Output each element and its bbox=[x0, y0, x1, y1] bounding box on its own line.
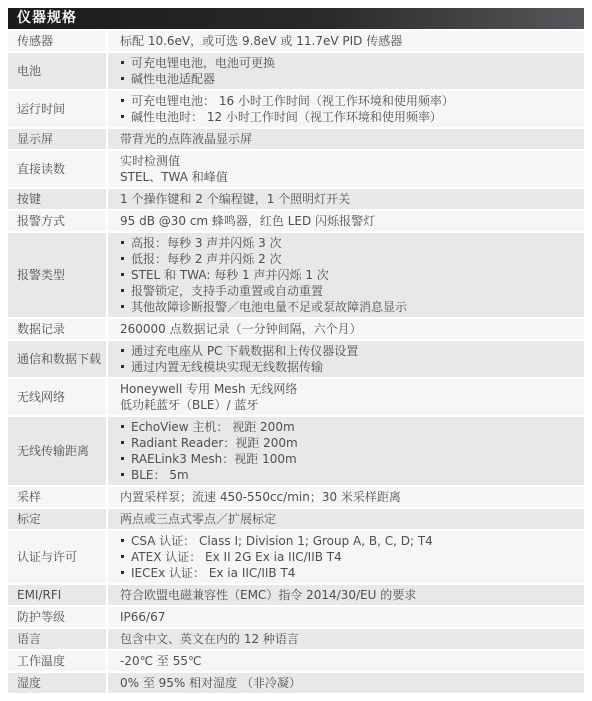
spec-table: 仪器规格 传感器 标配 10.6eV，或可选 9.8eV 或 11.7eV PI… bbox=[8, 8, 584, 693]
spec-value-line: IECEx 认证： Ex ia IIC/IIB T4 bbox=[120, 565, 576, 581]
spec-value: 260000 点数据记录（一分钟间隔，六个月） bbox=[108, 319, 584, 339]
spec-label: 防护等级 bbox=[8, 607, 106, 627]
spec-value-text: BLE： 5m bbox=[131, 468, 189, 482]
spec-value-line: 其他故障诊断报警／电池电量不足或泵故障消息显示 bbox=[120, 299, 576, 315]
spec-value-text: 碱性电池适配器 bbox=[131, 72, 215, 86]
spec-label: 显示屏 bbox=[8, 129, 106, 149]
spec-value-text: 可充电锂电池，电池可更换 bbox=[131, 56, 275, 70]
spec-label: 湿度 bbox=[8, 673, 106, 693]
spec-value-line: CSA 认证： Class I; Division 1; Group A, B,… bbox=[120, 533, 576, 549]
spec-value: 两点或三点式零点／扩展标定 bbox=[108, 509, 584, 529]
table-row: 报警方式 95 dB @30 cm 蜂鸣器，红色 LED 闪烁报警灯 bbox=[8, 211, 584, 231]
spec-value: 包含中文、英文在内的 12 种语言 bbox=[108, 629, 584, 649]
bullet-icon bbox=[121, 99, 124, 102]
table-row: 语言 包含中文、英文在内的 12 种语言 bbox=[8, 629, 584, 649]
spec-value-line: 通过充电座从 PC 下载数据和上传仪器设置 bbox=[120, 343, 576, 359]
spec-value-line: 可充电锂电池，电池可更换 bbox=[120, 55, 576, 71]
spec-value: IP66/67 bbox=[108, 607, 584, 627]
spec-value-text: RAELink3 Mesh：视距 100m bbox=[131, 452, 297, 466]
bullet-icon bbox=[121, 77, 124, 80]
spec-value-line: Radiant Reader：视距 200m bbox=[120, 435, 576, 451]
bullet-icon bbox=[121, 61, 124, 64]
spec-label: 直接读数 bbox=[8, 151, 106, 187]
bullet-icon bbox=[121, 305, 124, 308]
spec-value: 实时检测值STEL、TWA 和峰值 bbox=[108, 151, 584, 187]
spec-value-line: 碱性电池适配器 bbox=[120, 71, 576, 87]
spec-value-line: 1 个操作键和 2 个编程键，1 个照明灯开关 bbox=[120, 191, 576, 207]
spec-table-body: 传感器 标配 10.6eV，或可选 9.8eV 或 11.7eV PID 传感器… bbox=[8, 31, 584, 693]
spec-value-line: 符合欧盟电磁兼容性（EMC）指令 2014/30/EU 的要求 bbox=[120, 587, 576, 603]
spec-value-line: 低功耗蓝牙（BLE）/ 蓝牙 bbox=[120, 397, 576, 413]
spec-value-line: STEL 和 TWA: 每秒 1 声并闪烁 1 次 bbox=[120, 267, 576, 283]
spec-label: 通信和数据下载 bbox=[8, 341, 106, 377]
spec-label: 报警方式 bbox=[8, 211, 106, 231]
spec-label: 传感器 bbox=[8, 31, 106, 51]
table-row: 报警类型 高报：每秒 3 声并闪烁 3 次低报：每秒 2 声并闪烁 2 次STE… bbox=[8, 233, 584, 317]
bullet-icon bbox=[121, 457, 124, 460]
bullet-icon bbox=[121, 473, 124, 476]
spec-value-line: -20℃ 至 55℃ bbox=[120, 653, 576, 669]
table-row: 按键 1 个操作键和 2 个编程键，1 个照明灯开关 bbox=[8, 189, 584, 209]
spec-value-line: 碱性电池时： 12 小时工作时间（视工作环境和使用频率） bbox=[120, 109, 576, 125]
spec-label: 认证与许可 bbox=[8, 531, 106, 583]
spec-label: 工作温度 bbox=[8, 651, 106, 671]
spec-value-line: STEL、TWA 和峰值 bbox=[120, 169, 576, 185]
table-row: 工作温度 -20℃ 至 55℃ bbox=[8, 651, 584, 671]
spec-label: 采样 bbox=[8, 487, 106, 507]
spec-value: 可充电锂电池： 16 小时工作时间（视工作环境和使用频率）碱性电池时： 12 小… bbox=[108, 91, 584, 127]
spec-value: Honeywell 专用 Mesh 无线网络低功耗蓝牙（BLE）/ 蓝牙 bbox=[108, 379, 584, 415]
spec-value-line: IP66/67 bbox=[120, 609, 576, 625]
spec-value-text: EchoView 主机： 视距 200m bbox=[131, 420, 295, 434]
spec-value: EchoView 主机： 视距 200mRadiant Reader：视距 20… bbox=[108, 417, 584, 485]
spec-value-text: 碱性电池时： 12 小时工作时间（视工作环境和使用频率） bbox=[131, 110, 442, 124]
bullet-icon bbox=[121, 425, 124, 428]
spec-value: 符合欧盟电磁兼容性（EMC）指令 2014/30/EU 的要求 bbox=[108, 585, 584, 605]
spec-value-text: 低报：每秒 2 声并闪烁 2 次 bbox=[131, 252, 282, 266]
bullet-icon bbox=[121, 539, 124, 542]
spec-value-line: 低报：每秒 2 声并闪烁 2 次 bbox=[120, 251, 576, 267]
bullet-icon bbox=[121, 555, 124, 558]
table-title: 仪器规格 bbox=[8, 8, 584, 29]
spec-value-line: Honeywell 专用 Mesh 无线网络 bbox=[120, 381, 576, 397]
table-row: 湿度 0% 至 95% 相对湿度 （非冷凝） bbox=[8, 673, 584, 693]
table-row: 采样 内置采样泵；流速 450-550cc/min；30 米采样距离 bbox=[8, 487, 584, 507]
spec-label: 按键 bbox=[8, 189, 106, 209]
spec-label: EMI/RFI bbox=[8, 585, 106, 605]
table-row: 无线传输距离 EchoView 主机： 视距 200mRadiant Reade… bbox=[8, 417, 584, 485]
spec-value-line: 标配 10.6eV，或可选 9.8eV 或 11.7eV PID 传感器 bbox=[120, 33, 576, 49]
spec-sheet-page: 仪器规格 传感器 标配 10.6eV，或可选 9.8eV 或 11.7eV PI… bbox=[0, 0, 592, 701]
spec-value-text: 其他故障诊断报警／电池电量不足或泵故障消息显示 bbox=[131, 300, 407, 314]
spec-value-line: 0% 至 95% 相对湿度 （非冷凝） bbox=[120, 675, 576, 691]
spec-label: 电池 bbox=[8, 53, 106, 89]
spec-value-line: 包含中文、英文在内的 12 种语言 bbox=[120, 631, 576, 647]
spec-value-line: 带背光的点阵液晶显示屏 bbox=[120, 131, 576, 147]
spec-value-text: IECEx 认证： Ex ia IIC/IIB T4 bbox=[131, 566, 295, 580]
bullet-icon bbox=[121, 441, 124, 444]
table-row: 标定 两点或三点式零点／扩展标定 bbox=[8, 509, 584, 529]
spec-value-line: 高报：每秒 3 声并闪烁 3 次 bbox=[120, 235, 576, 251]
spec-value-line: 可充电锂电池： 16 小时工作时间（视工作环境和使用频率） bbox=[120, 93, 576, 109]
spec-value-line: RAELink3 Mesh：视距 100m bbox=[120, 451, 576, 467]
spec-value: 可充电锂电池，电池可更换碱性电池适配器 bbox=[108, 53, 584, 89]
spec-label: 标定 bbox=[8, 509, 106, 529]
spec-value-line: 两点或三点式零点／扩展标定 bbox=[120, 511, 576, 527]
spec-label: 报警类型 bbox=[8, 233, 106, 317]
spec-label: 数据记录 bbox=[8, 319, 106, 339]
spec-value: CSA 认证： Class I; Division 1; Group A, B,… bbox=[108, 531, 584, 583]
table-row: 显示屏 带背光的点阵液晶显示屏 bbox=[8, 129, 584, 149]
bullet-icon bbox=[121, 349, 124, 352]
bullet-icon bbox=[121, 289, 124, 292]
spec-value-text: Radiant Reader：视距 200m bbox=[131, 436, 298, 450]
bullet-icon bbox=[121, 571, 124, 574]
table-row: 运行时间 可充电锂电池： 16 小时工作时间（视工作环境和使用频率）碱性电池时：… bbox=[8, 91, 584, 127]
spec-value: 1 个操作键和 2 个编程键，1 个照明灯开关 bbox=[108, 189, 584, 209]
spec-value-line: 实时检测值 bbox=[120, 153, 576, 169]
bullet-icon bbox=[121, 365, 124, 368]
spec-value-line: BLE： 5m bbox=[120, 467, 576, 483]
spec-value: 0% 至 95% 相对湿度 （非冷凝） bbox=[108, 673, 584, 693]
spec-value-text: 通过内置无线模块实现无线数据传输 bbox=[131, 360, 323, 374]
spec-label: 无线网络 bbox=[8, 379, 106, 415]
table-row: 通信和数据下载 通过充电座从 PC 下载数据和上传仪器设置通过内置无线模块实现无… bbox=[8, 341, 584, 377]
table-row: 认证与许可 CSA 认证： Class I; Division 1; Group… bbox=[8, 531, 584, 583]
spec-value-line: 95 dB @30 cm 蜂鸣器，红色 LED 闪烁报警灯 bbox=[120, 213, 576, 229]
spec-value-line: 260000 点数据记录（一分钟间隔，六个月） bbox=[120, 321, 576, 337]
bullet-icon bbox=[121, 115, 124, 118]
table-row: 防护等级 IP66/67 bbox=[8, 607, 584, 627]
spec-value: -20℃ 至 55℃ bbox=[108, 651, 584, 671]
table-row: EMI/RFI 符合欧盟电磁兼容性（EMC）指令 2014/30/EU 的要求 bbox=[8, 585, 584, 605]
spec-value-text: 通过充电座从 PC 下载数据和上传仪器设置 bbox=[131, 344, 358, 358]
spec-value: 标配 10.6eV，或可选 9.8eV 或 11.7eV PID 传感器 bbox=[108, 31, 584, 51]
spec-value-text: STEL 和 TWA: 每秒 1 声并闪烁 1 次 bbox=[131, 268, 329, 282]
table-row: 数据记录 260000 点数据记录（一分钟间隔，六个月） bbox=[8, 319, 584, 339]
spec-value: 95 dB @30 cm 蜂鸣器，红色 LED 闪烁报警灯 bbox=[108, 211, 584, 231]
table-row: 无线网络 Honeywell 专用 Mesh 无线网络低功耗蓝牙（BLE）/ 蓝… bbox=[8, 379, 584, 415]
spec-value-line: 内置采样泵；流速 450-550cc/min；30 米采样距离 bbox=[120, 489, 576, 505]
spec-label: 语言 bbox=[8, 629, 106, 649]
bullet-icon bbox=[121, 241, 124, 244]
spec-value: 内置采样泵；流速 450-550cc/min；30 米采样距离 bbox=[108, 487, 584, 507]
spec-value: 带背光的点阵液晶显示屏 bbox=[108, 129, 584, 149]
spec-value-line: ATEX 认证： Ex II 2G Ex ia IIC/IIB T4 bbox=[120, 549, 576, 565]
spec-label: 无线传输距离 bbox=[8, 417, 106, 485]
spec-value: 高报：每秒 3 声并闪烁 3 次低报：每秒 2 声并闪烁 2 次STEL 和 T… bbox=[108, 233, 584, 317]
table-row: 直接读数 实时检测值STEL、TWA 和峰值 bbox=[8, 151, 584, 187]
table-row: 传感器 标配 10.6eV，或可选 9.8eV 或 11.7eV PID 传感器 bbox=[8, 31, 584, 51]
table-row: 电池 可充电锂电池，电池可更换碱性电池适配器 bbox=[8, 53, 584, 89]
spec-value-text: 报警锁定，支持手动重置或自动重置 bbox=[131, 284, 323, 298]
spec-value-line: EchoView 主机： 视距 200m bbox=[120, 419, 576, 435]
spec-value: 通过充电座从 PC 下载数据和上传仪器设置通过内置无线模块实现无线数据传输 bbox=[108, 341, 584, 377]
bullet-icon bbox=[121, 273, 124, 276]
spec-label: 运行时间 bbox=[8, 91, 106, 127]
bullet-icon bbox=[121, 257, 124, 260]
spec-value-line: 报警锁定，支持手动重置或自动重置 bbox=[120, 283, 576, 299]
spec-value-text: ATEX 认证： Ex II 2G Ex ia IIC/IIB T4 bbox=[131, 550, 342, 564]
spec-value-text: 高报：每秒 3 声并闪烁 3 次 bbox=[131, 236, 282, 250]
spec-value-text: 可充电锂电池： 16 小时工作时间（视工作环境和使用频率） bbox=[131, 94, 454, 108]
spec-value-text: CSA 认证： Class I; Division 1; Group A, B,… bbox=[131, 534, 433, 548]
spec-value-line: 通过内置无线模块实现无线数据传输 bbox=[120, 359, 576, 375]
